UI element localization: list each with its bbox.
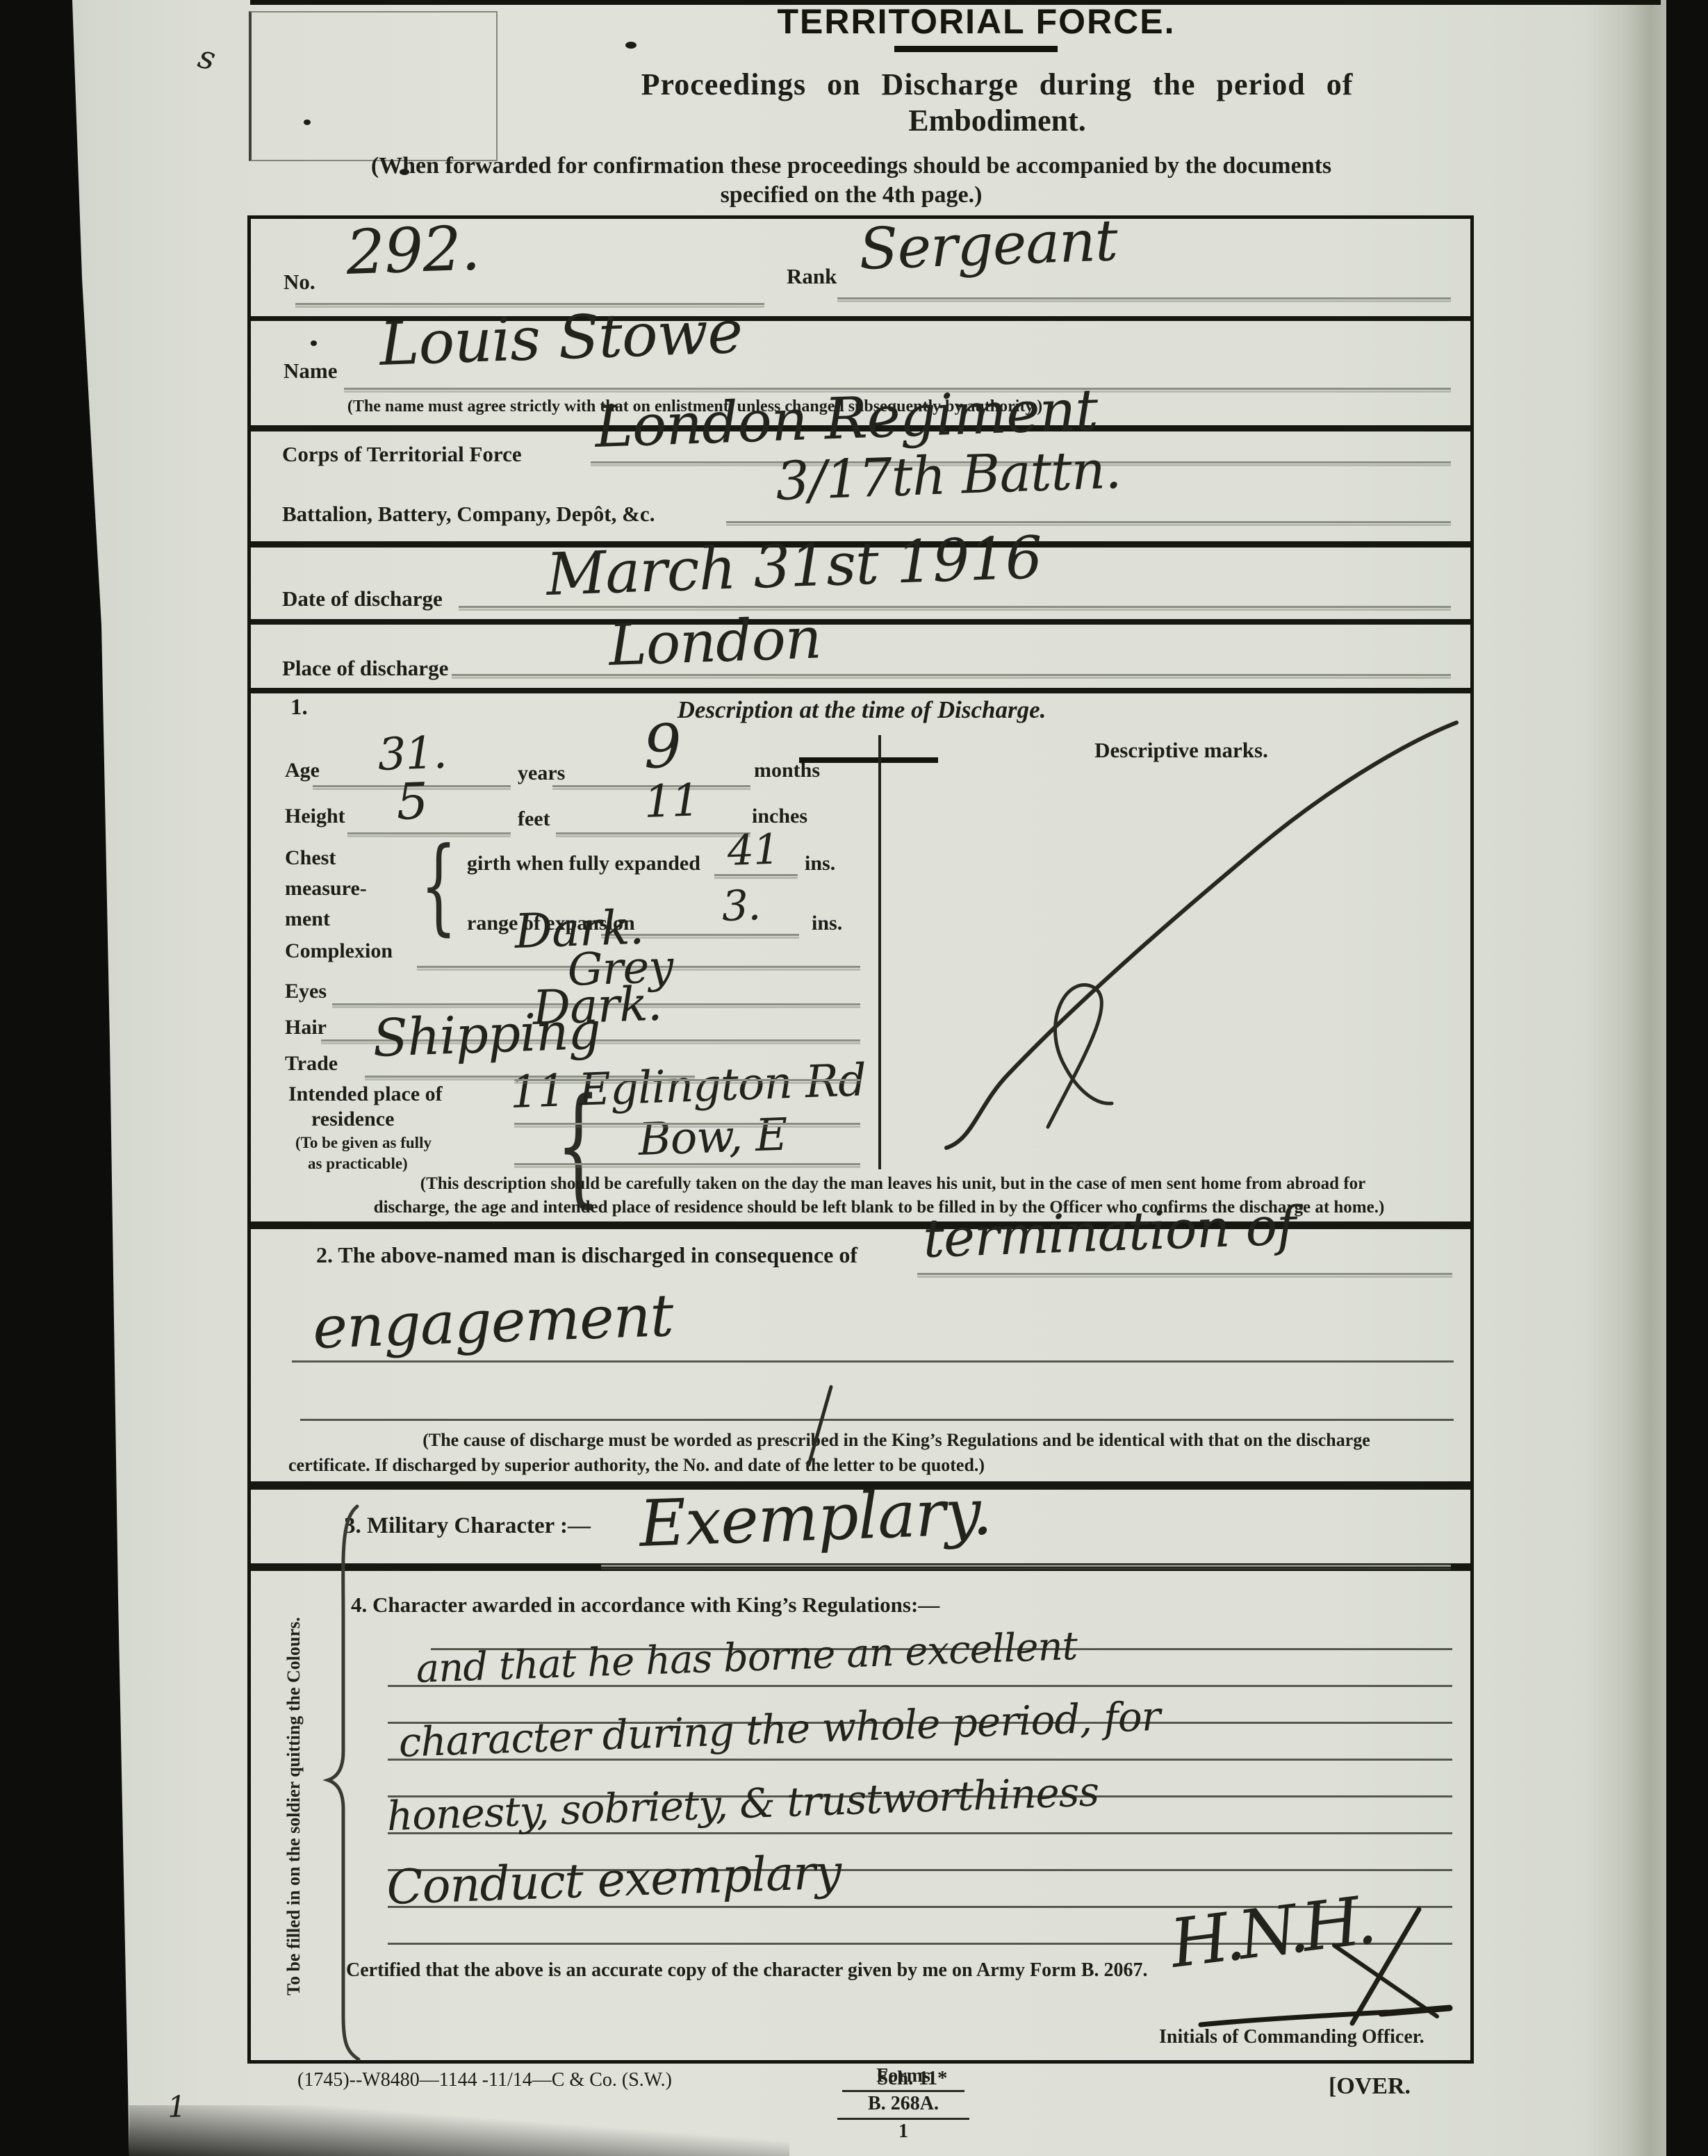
descriptive-marks-nil-stroke [946, 723, 1456, 1148]
signature-underline [1201, 2012, 1387, 2025]
scanned-document-page: s TERRITORIAL FORCE. Proceedings on Disc… [0, 0, 1708, 2156]
pen-slash [809, 1387, 831, 1465]
signature-stroke [1334, 1945, 1437, 2016]
scan-shadow [129, 2105, 789, 2156]
paper-sheet: s TERRITORIAL FORCE. Proceedings on Disc… [0, 0, 1708, 2156]
ink-marks-overlay [0, 0, 1708, 2156]
signature-underline-dash [1381, 2008, 1450, 2014]
margin-brace [328, 1506, 359, 2059]
